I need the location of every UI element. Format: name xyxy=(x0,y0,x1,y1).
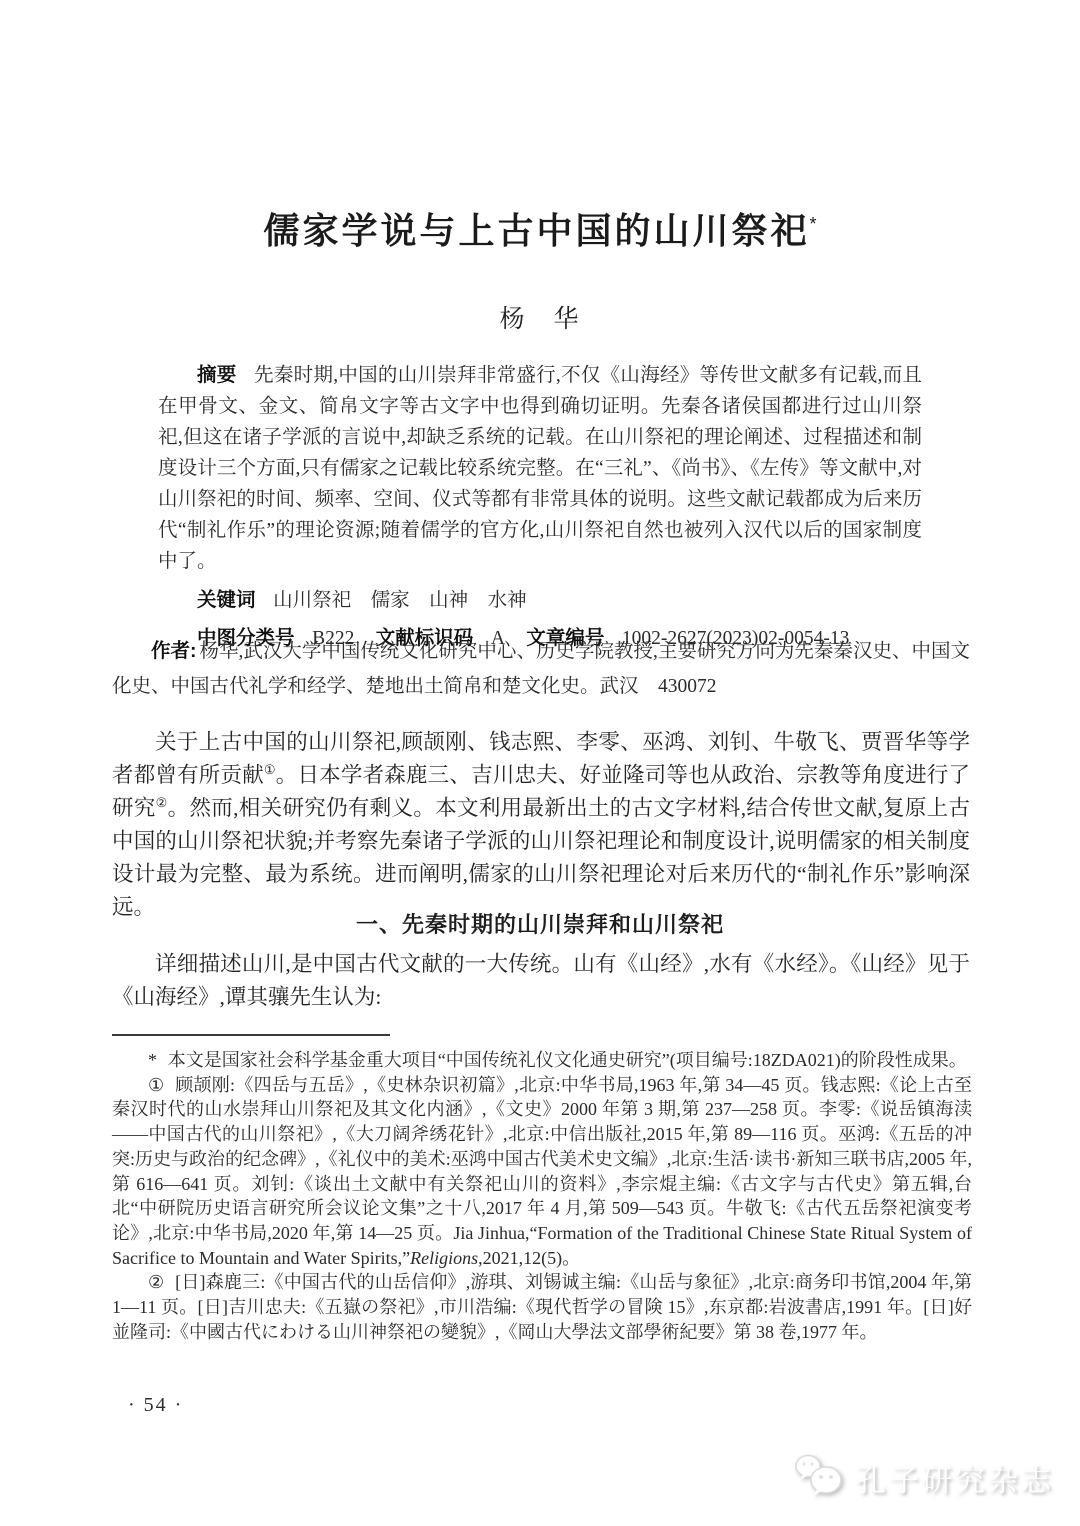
footnote-ref-2: ② xyxy=(156,795,168,810)
author-name: 杨 华 xyxy=(0,299,1080,335)
body-paragraph-1: 关于上古中国的山川祭祀,顾颉刚、钱志熙、李零、巫鸿、刘钊、牛敬飞、贾晋华等学者都… xyxy=(112,726,970,924)
journal-watermark: 孔子研究杂志 xyxy=(793,1453,1054,1502)
footnote-2-marker: ② xyxy=(148,1272,164,1292)
footnotes-block: *本文是国家社会科学基金重大项目“中国传统礼仪文化通史研究”(项目编号:18ZD… xyxy=(112,1048,972,1344)
abstract-block: 摘要先秦时期,中国的山川崇拜非常盛行,不仅《山海经》等传世文献多有记载,而且在甲… xyxy=(158,360,922,654)
footnote-1: ①顾颉刚:《四岳与五岳》,《史林杂识初篇》,北京:中华书局,1963 年,第 3… xyxy=(112,1073,972,1271)
page-number: · 54 · xyxy=(128,1394,183,1417)
footnote-ref-1: ① xyxy=(264,762,276,777)
wechat-icon xyxy=(793,1453,847,1502)
keywords-line: 关键词山川祭祀 儒家 山神 水神 xyxy=(158,585,922,616)
footnote-2-text: [日]森鹿三:《中国古代的山岳信仰》,游琪、刘锡诚主编:《山岳与象征》,北京:商… xyxy=(112,1272,972,1341)
footnote-star-text: 本文是国家社会科学基金重大项目“中国传统礼仪文化通史研究”(项目编号:18ZDA… xyxy=(168,1050,967,1070)
section-heading-1: 一、先秦时期的山川崇拜和山川祭祀 xyxy=(0,908,1080,939)
footnote-separator-rule xyxy=(112,1034,390,1036)
keywords-text: 山川祭祀 儒家 山神 水神 xyxy=(273,590,527,611)
footnote-star-marker: * xyxy=(148,1050,157,1070)
footnote-2: ②[日]森鹿三:《中国古代的山岳信仰》,游琪、刘锡诚主编:《山岳与象征》,北京:… xyxy=(112,1270,972,1344)
abstract-label: 摘要 xyxy=(197,364,237,386)
footnote-1-text: 顾颉刚:《四岳与五岳》,《史林杂识初篇》,北京:中华书局,1963 年,第 34… xyxy=(112,1075,972,1268)
keywords-label: 关键词 xyxy=(197,589,256,611)
journal-page: 儒家学说与上古中国的山川祭祀* 杨 华 摘要先秦时期,中国的山川崇拜非常盛行,不… xyxy=(0,0,1080,1526)
author-bio-text: 杨华,武汉大学中国传统文化研究中心、历史学院教授,主要研究方向为先秦秦汉史、中国… xyxy=(112,641,970,697)
footnote-star: *本文是国家社会科学基金重大项目“中国传统礼仪文化通史研究”(项目编号:18ZD… xyxy=(112,1048,972,1073)
author-bio-label: 作者: xyxy=(151,640,197,662)
footnote-1-journal-title: Religions xyxy=(410,1248,478,1268)
paragraph-text: 。然而,相关研究仍有剩义。本文利用最新出土的古文字材料,结合传世文献,复原上古中… xyxy=(112,796,970,919)
watermark-text: 孔子研究杂志 xyxy=(856,1456,1054,1500)
article-title-text: 儒家学说与上古中国的山川祭祀 xyxy=(263,210,809,251)
author-bio: 作者:杨华,武汉大学中国传统文化研究中心、历史学院教授,主要研究方向为先秦秦汉史… xyxy=(112,634,970,704)
footnote-1-text-end: ,2021,12(5)。 xyxy=(478,1248,580,1268)
footnote-1-marker: ① xyxy=(148,1075,164,1095)
article-title: 儒家学说与上古中国的山川祭祀* xyxy=(0,203,1080,254)
body-paragraph-2: 详细描述山川,是中国古代文献的一大传统。山有《山经》,水有《水经》。《山经》见于… xyxy=(112,948,970,1014)
abstract-paragraph: 摘要先秦时期,中国的山川崇拜非常盛行,不仅《山海经》等传世文献多有记载,而且在甲… xyxy=(158,360,922,577)
abstract-text: 先秦时期,中国的山川崇拜非常盛行,不仅《山海经》等传世文献多有记载,而且在甲骨文… xyxy=(158,365,922,572)
title-footnote-marker: * xyxy=(810,214,817,234)
